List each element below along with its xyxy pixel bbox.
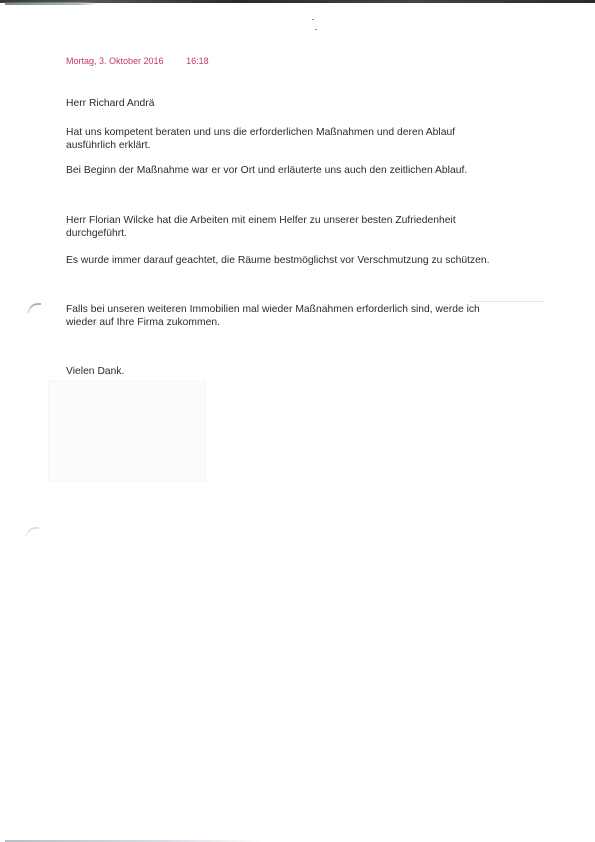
punch-hole-mark-icon: [26, 527, 39, 537]
text-line: Falls bei unseren weiteren Immobilien ma…: [66, 303, 480, 316]
scan-artifact-line: [470, 301, 545, 302]
text-line: ausführlich erklärt.: [66, 139, 455, 152]
paragraph-onsite: Bei Beginn der Maßnahme war er vor Ort u…: [66, 164, 467, 177]
text-line: durchgeführt.: [66, 227, 456, 240]
text-line: wieder auf Ihre Firma zukommen.: [66, 316, 480, 329]
paragraph-worker: Herr Florian Wilcke hat die Arbeiten mit…: [66, 214, 456, 240]
header-date: Mortag, 3. Oktober 2016: [66, 56, 164, 66]
punch-hole-mark-icon: [28, 303, 41, 313]
scan-speck: [315, 29, 317, 30]
text-line: Es wurde immer darauf geachtet, die Räum…: [66, 254, 490, 267]
text-line: Bei Beginn der Maßnahme war er vor Ort u…: [66, 164, 467, 177]
text-line: Vielen Dank.: [66, 365, 124, 378]
paragraph-cleanliness: Es wurde immer darauf geachtet, die Räum…: [66, 254, 490, 267]
text-line: Herr Richard Andrä: [66, 97, 155, 110]
redacted-signature: [48, 380, 206, 482]
scan-speck: [312, 19, 314, 20]
header-time: 16:18: [186, 56, 209, 66]
salutation: Herr Richard Andrä: [66, 97, 155, 110]
document-header: Mortag, 3. Oktober 2016 16:18: [66, 56, 209, 66]
paragraph-future: Falls bei unseren weiteren Immobilien ma…: [66, 303, 480, 329]
closing-thanks: Vielen Dank.: [66, 365, 124, 378]
scan-top-edge-shadow: [5, 2, 97, 5]
paragraph-advice: Hat uns kompetent beraten und uns die er…: [66, 126, 455, 152]
text-line: Herr Florian Wilcke hat die Arbeiten mit…: [66, 214, 456, 227]
text-line: Hat uns kompetent beraten und uns die er…: [66, 126, 455, 139]
